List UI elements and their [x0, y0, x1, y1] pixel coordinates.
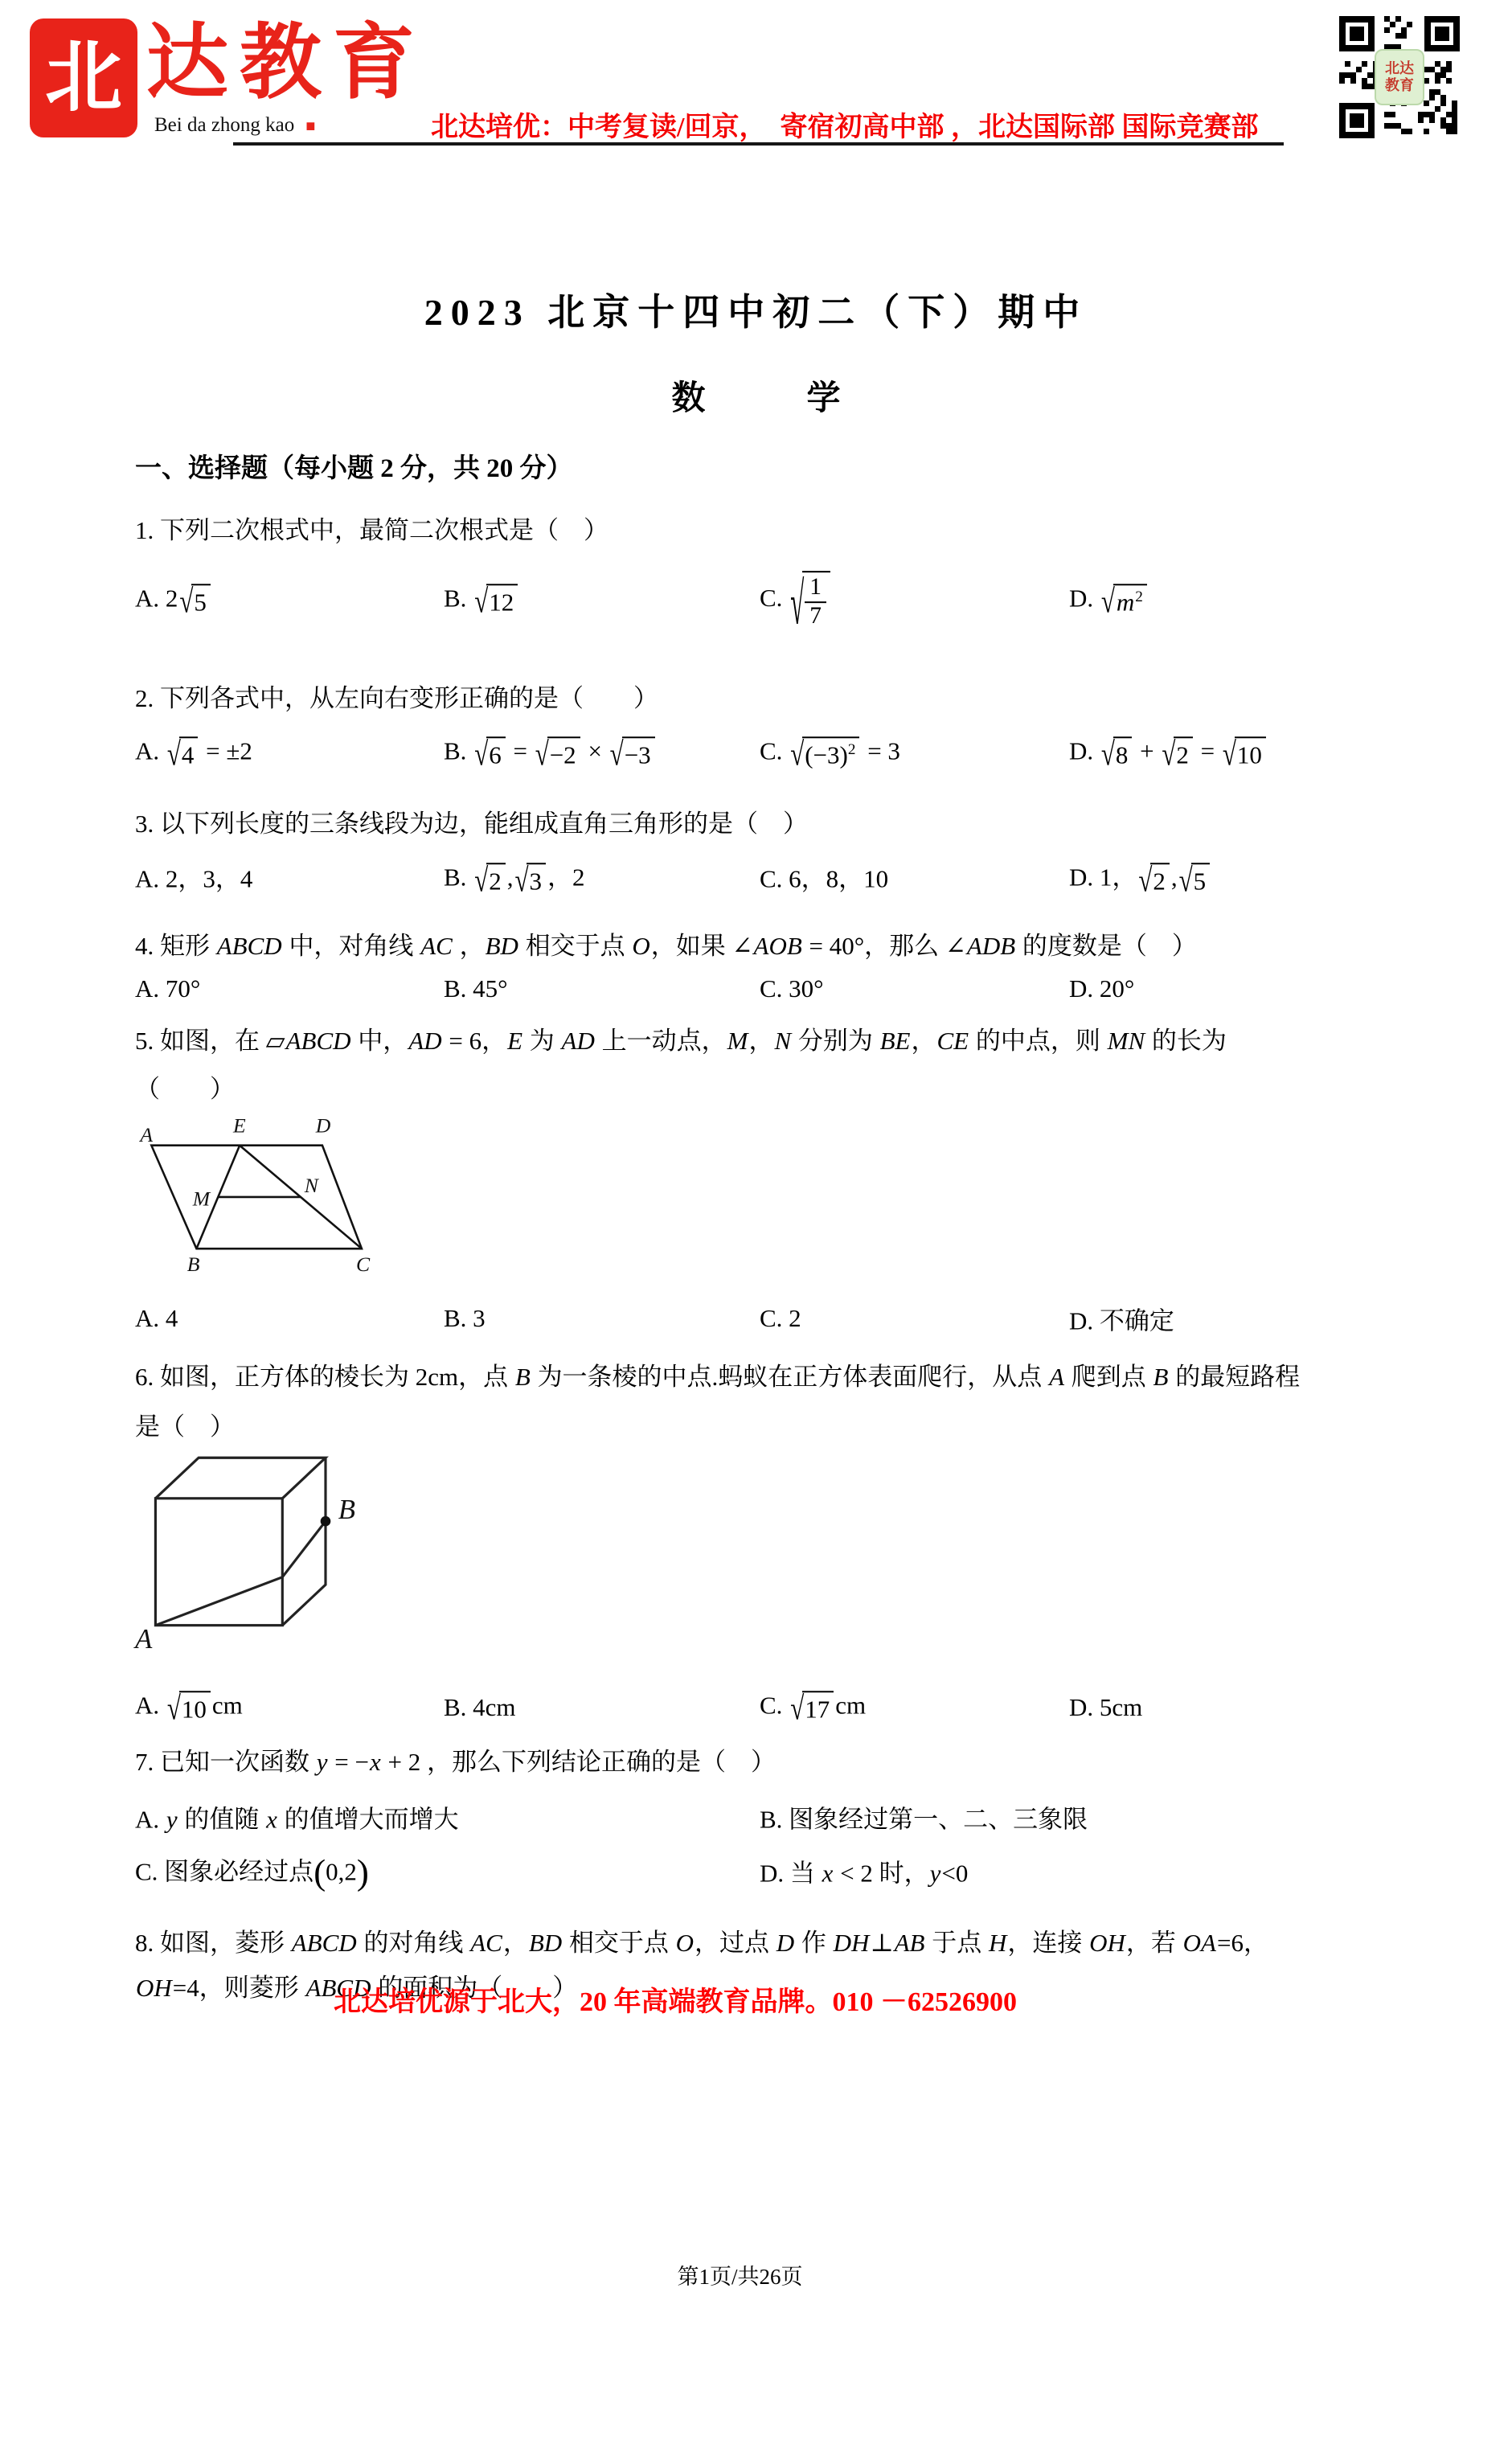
q5-option-b: B. 3 [444, 1304, 486, 1333]
q7-option-a: A. y 的值随 x 的值增大而增大 [135, 1799, 459, 1835]
q7-option-b: B. 图象经过第一、二、三象限 [760, 1799, 1088, 1835]
qr-center-badge: 北达 教育 [1375, 49, 1424, 105]
header-tagline: 北达培优：中考复读/回京， 寄宿初高中部 ，北达国际部 国际竞赛部 [431, 105, 1258, 144]
q3-option-b: B. √2,√3，2 [444, 856, 584, 896]
q1-option-a: A. 2√5 [135, 584, 212, 617]
q8-stem: 8. 如图，菱形 ABCD 的对角线 AC，BD 相交于点 O，过点 D 作 D… [135, 1922, 1268, 1958]
brand-square-icon: ■ [305, 117, 315, 135]
exam-page: 北 达教育 Bei da zhong kao■ 北达培优：中考复读/回京， 寄宿… [0, 0, 1512, 2448]
qr-finder-icon [1339, 16, 1375, 51]
q2-option-b: B. √6 = √−2 × √−3 [444, 736, 657, 769]
section-heading: 一、选择题（每小题 2 分，共 20 分） [135, 447, 573, 485]
vertex-label-a: A [138, 1123, 153, 1146]
qr-badge-line1: 北达 [1385, 60, 1414, 77]
q6-option-b: B. 4cm [444, 1693, 516, 1722]
vertex-label-c: C [356, 1253, 371, 1276]
q3-option-d: D. 1，√2,√5 [1069, 856, 1211, 896]
brand-subtitle: Bei da zhong kao■ [154, 114, 315, 137]
point-label-n: N [304, 1174, 320, 1197]
figure-parallelogram: A E D M N B C [138, 1108, 373, 1277]
point-b-dot [321, 1516, 331, 1527]
qr-badge-line2: 教育 [1385, 77, 1414, 94]
cube-label-a: A [133, 1623, 153, 1655]
brand-calligraphy: 达教育 [146, 11, 426, 118]
brand-subtitle-text: Bei da zhong kao [154, 114, 294, 136]
q3-stem: 3. 以下列长度的三条线段为边，能组成直角三角形的是（ ） [135, 803, 808, 839]
q3-option-a: A. 2，3，4 [135, 859, 252, 895]
q6-option-c: C. √17cm [760, 1691, 866, 1724]
exam-title: 2023 北京十四中初二（下）期中 [0, 283, 1512, 336]
q4-option-c: C. 30° [760, 974, 824, 1003]
q1-option-b: B. √12 [444, 584, 519, 617]
q1-stem: 1. 下列二次根式中，最简二次根式是（ ） [135, 510, 608, 546]
vertex-label-d: D [315, 1113, 331, 1137]
cube-label-b: B [338, 1494, 355, 1525]
ad-banner: 北达培优源于北大，20 年高端教育品牌。010 －62526900 [334, 1979, 1017, 2019]
q6-option-a: A. √10cm [135, 1691, 243, 1724]
q1-option-c: C. √17 [760, 571, 832, 630]
q2-option-d: D. √8 + √2 = √10 [1069, 736, 1268, 769]
q3-options: A. 2，3，4 B. √2,√3，2 C. 6，8，10 D. 1，√2,√5 [135, 844, 1389, 908]
q6-stem: 6. 如图，正方体的棱长为 2cm，点 B 为一条棱的中点.蚂蚁在正方体表面爬行… [135, 1356, 1300, 1392]
qr-finder-icon [1339, 103, 1375, 138]
qr-finder-icon [1424, 16, 1460, 51]
figure-cube: A B [133, 1437, 374, 1656]
q1-options: A. 2√5 B. √12 C. √17 D. √m2 [135, 552, 1389, 650]
brand-seal-character: 北 [45, 39, 122, 117]
q7-options-row2: C. 图象必经过点(0,2) D. 当 x < 2 时，y<0 [135, 1844, 1389, 1897]
brand-seal-logo: 北 [32, 21, 135, 135]
q2-option-c: C. √(−3)2 = 3 [760, 736, 900, 769]
point-label-e: E [232, 1113, 246, 1137]
q7-stem: 7. 已知一次函数 y = −x + 2 ，那么下列结论正确的是（ ） [135, 1741, 776, 1778]
q5-stem: 5. 如图，在 ▱ABCD 中，AD = 6，E 为 AD 上一动点，M，N 分… [135, 1020, 1227, 1056]
qr-code: 北达 教育 [1339, 16, 1460, 138]
exam-subject: 数 学 [0, 371, 1512, 420]
q4-option-b: B. 45° [444, 974, 508, 1003]
vertex-label-b: B [187, 1253, 200, 1276]
q4-stem: 4. 矩形 ABCD 中，对角线 AC ，BD 相交于点 O，如果 ∠AOB =… [135, 925, 1197, 962]
q4-option-d: D. 20° [1069, 974, 1134, 1003]
q5-stem-continued: （ ） [135, 1068, 235, 1105]
q5-option-d: D. 不确定 [1069, 1301, 1174, 1337]
q2-stem: 2. 下列各式中，从左向右变形正确的是（ ） [135, 678, 658, 714]
q4-option-a: A. 70° [135, 974, 200, 1003]
q7-options-row1: A. y 的值随 x 的值增大而增大 B. 图象经过第一、二、三象限 [135, 1798, 1389, 1836]
q2-option-a: A. √4 = ±2 [135, 736, 252, 769]
q7-option-c: C. 图象必经过点(0,2) [135, 1851, 369, 1890]
q2-options: A. √4 = ±2 B. √6 = √−2 × √−3 C. √(−3)2 =… [135, 719, 1389, 788]
q4-options: A. 70° B. 45° C. 30° D. 20° [135, 970, 1389, 1008]
q5-option-c: C. 2 [760, 1304, 801, 1333]
point-label-m: M [192, 1187, 211, 1210]
q5-options: A. 4 B. 3 C. 2 D. 不确定 [135, 1299, 1389, 1338]
q5-option-a: A. 4 [135, 1304, 178, 1333]
header-divider [233, 142, 1284, 146]
q3-option-c: C. 6，8，10 [760, 859, 888, 895]
page-footer: 第1页/共26页 [0, 2259, 1480, 2290]
q6-options: A. √10cm B. 4cm C. √17cm D. 5cm [135, 1680, 1389, 1735]
q7-option-d: D. 当 x < 2 时，y<0 [760, 1853, 968, 1889]
q6-option-d: D. 5cm [1069, 1693, 1142, 1722]
q1-option-d: D. √m2 [1069, 584, 1149, 617]
